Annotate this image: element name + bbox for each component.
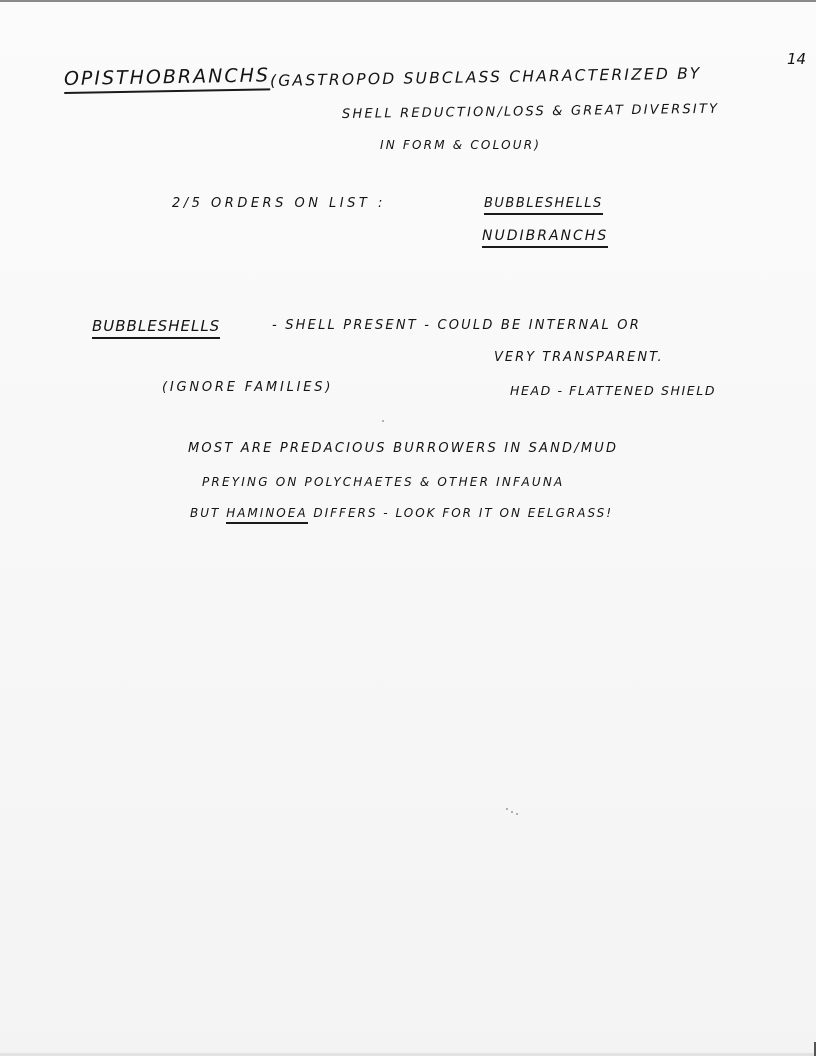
bubbleshells-note: (IGNORE FAMILIES) (162, 380, 333, 395)
scan-speck (506, 808, 508, 810)
page-title: OPISTHOBRANCHS (64, 64, 270, 90)
scan-speck (382, 420, 384, 422)
bubbleshells-line-3: HEAD - FLATTENED SHIELD (510, 383, 716, 398)
genus-haminoea: HAMINOEA (226, 506, 307, 524)
definition-line-2: SHELL REDUCTION/LOSS & GREAT DIVERSITY (342, 102, 719, 122)
section-heading-bubbleshells: BUBBLESHELLS (92, 317, 220, 335)
bubbleshells-line-2: VERY TRANSPARENT. (494, 350, 664, 365)
bubbleshells-line-1: - SHELL PRESENT - COULD BE INTERNAL OR (272, 318, 641, 333)
title-text: OPISTHOBRANCHS (64, 64, 270, 94)
paragraph-line-3: BUT HAMINOEA DIFFERS - LOOK FOR IT ON EE… (190, 506, 613, 520)
orders-lead: 2/5 ORDERS ON LIST : (172, 196, 386, 211)
definition-line-3: IN FORM & COLOUR) (380, 138, 541, 152)
page-number: 14 (787, 50, 806, 68)
paragraph-line-2: PREYING ON POLYCHAETES & OTHER INFAUNA (202, 475, 564, 489)
paragraph-line-1: MOST ARE PREDACIOUS BURROWERS IN SAND/MU… (188, 441, 618, 456)
scan-speck (511, 811, 513, 813)
order-item-label: BUBBLESHELLS (484, 196, 603, 215)
scanned-notebook-page: 14 OPISTHOBRANCHS (GASTROPOD SUBCLASS CH… (0, 0, 816, 1056)
definition-line-1: (GASTROPOD SUBCLASS CHARACTERIZED BY (270, 64, 702, 90)
order-item-label: NUDIBRANCHS (482, 228, 608, 248)
paragraph-line-3-prefix: BUT (190, 506, 220, 520)
paragraph-line-3-suffix: DIFFERS - LOOK FOR IT ON EELGRASS! (313, 506, 613, 520)
scan-speck (516, 813, 518, 815)
section-heading-text: BUBBLESHELLS (92, 317, 220, 339)
order-item-nudibranchs: NUDIBRANCHS (482, 228, 608, 244)
order-item-bubbleshells: BUBBLESHELLS (484, 196, 603, 211)
scan-top-edge (0, 0, 816, 2)
